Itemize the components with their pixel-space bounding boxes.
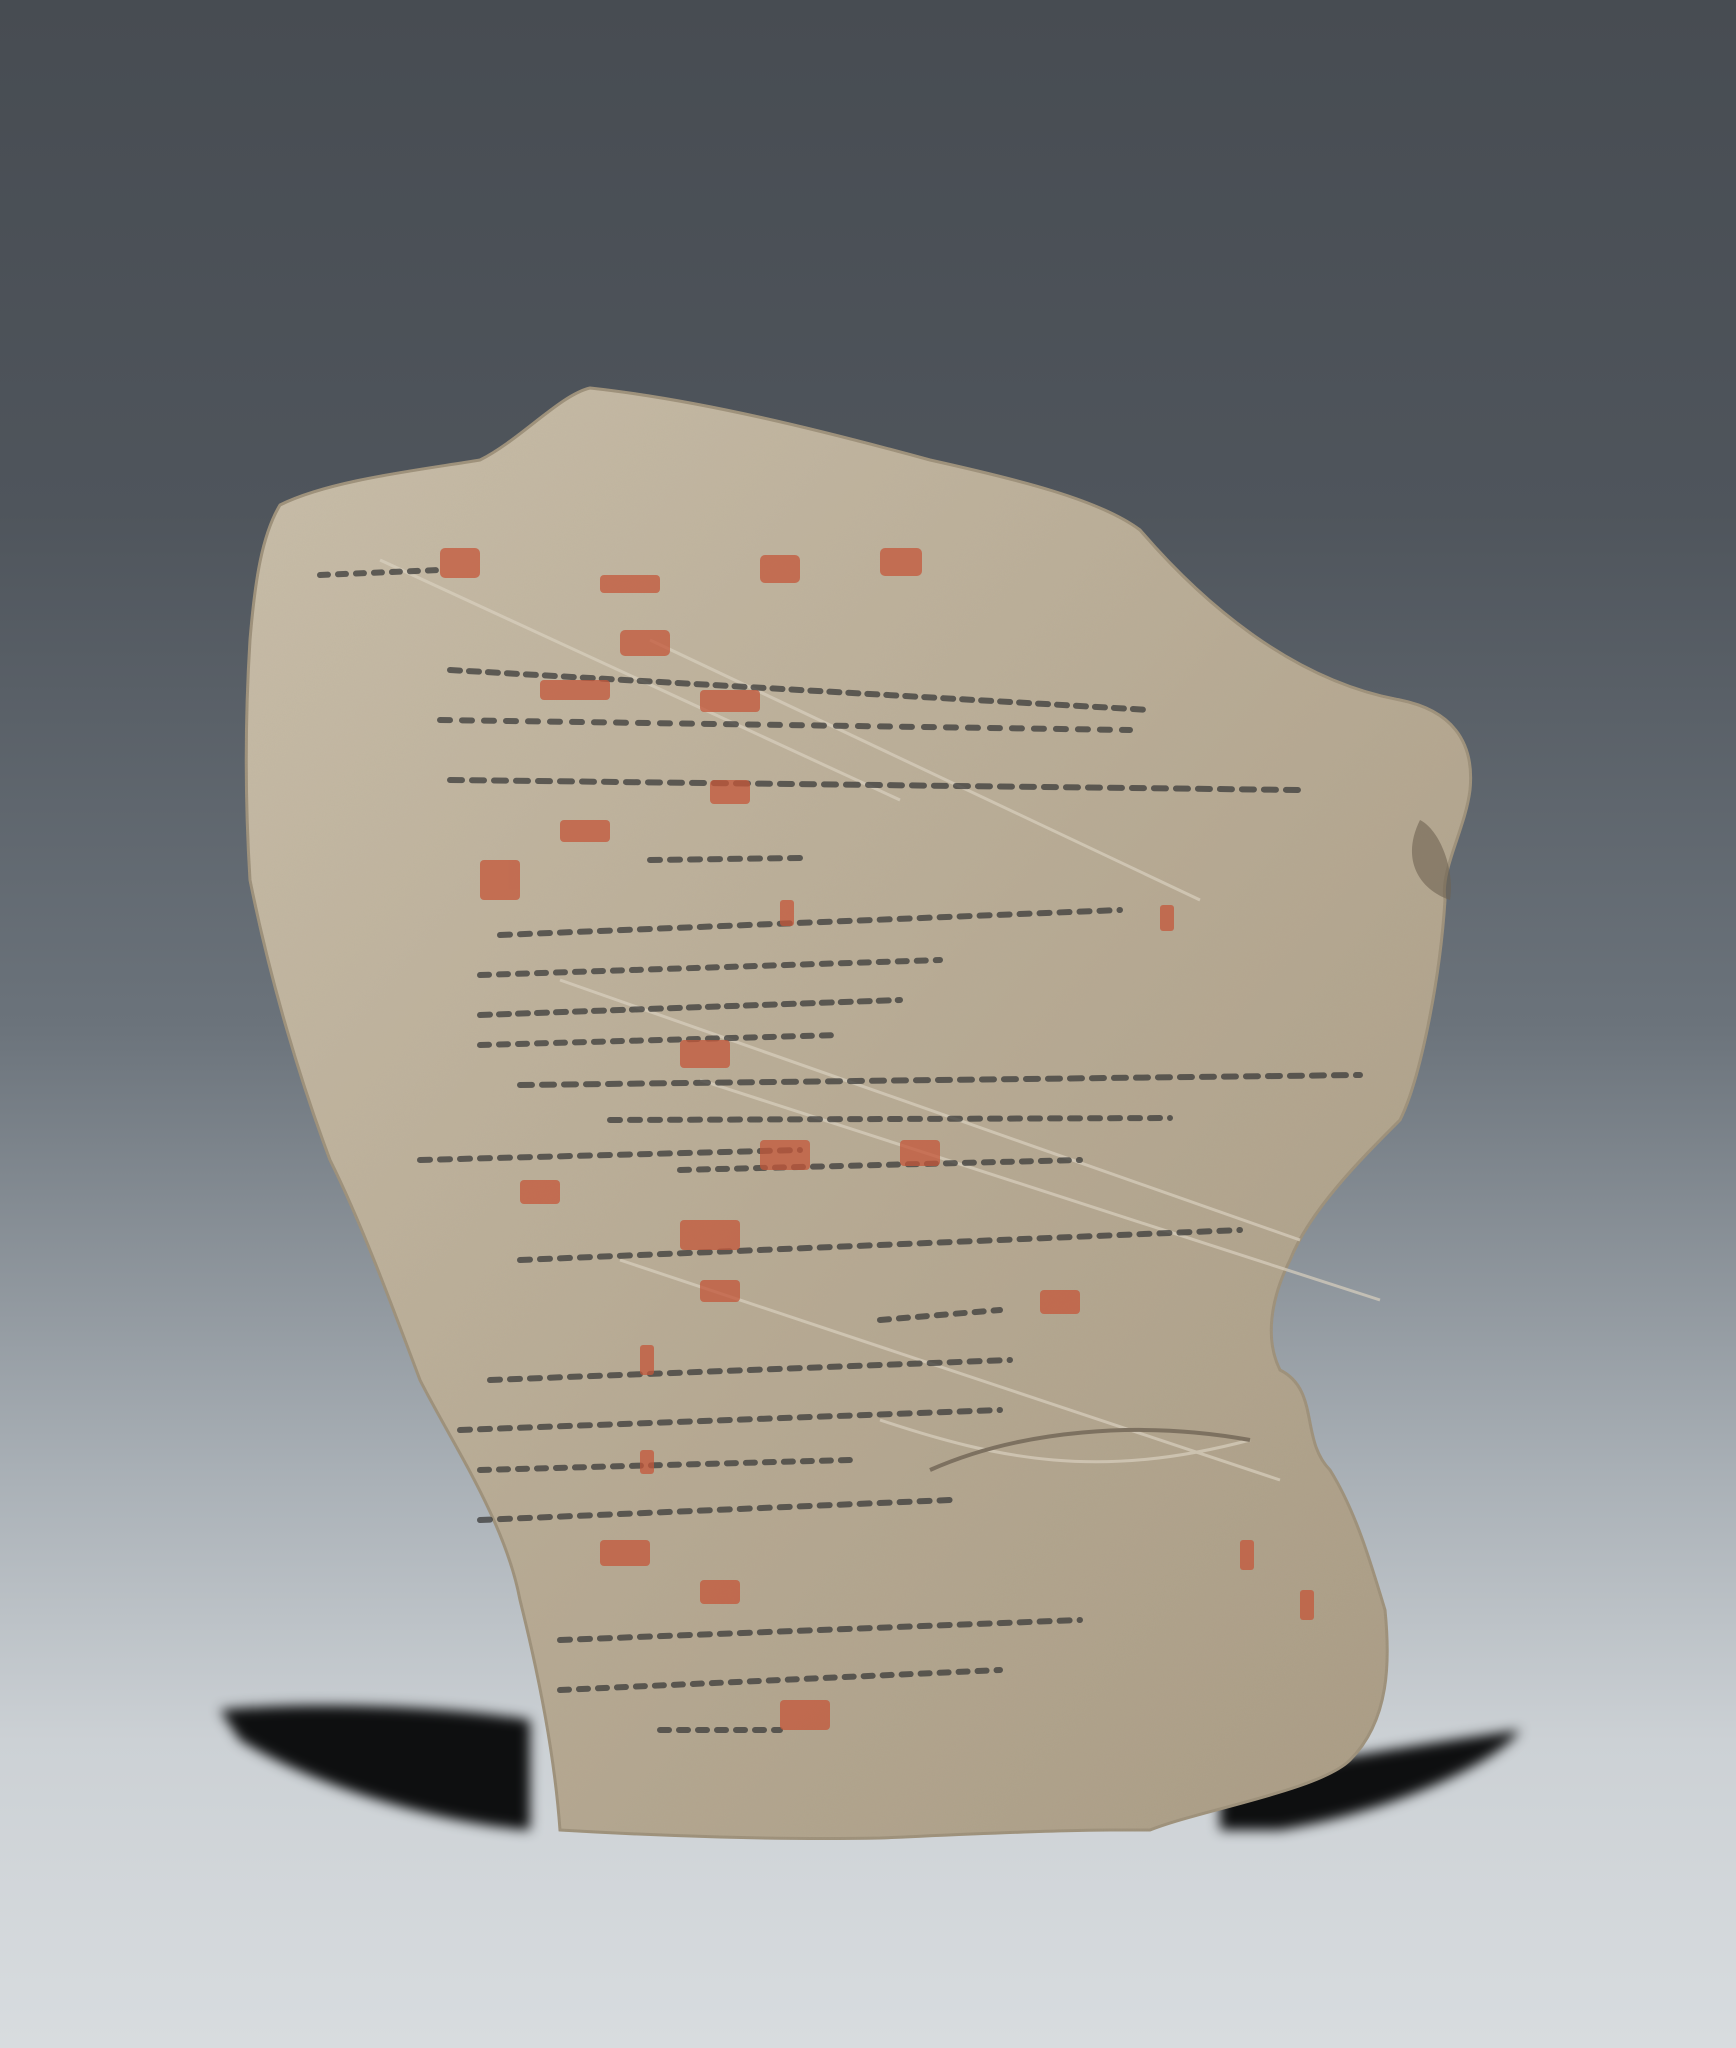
photo-scene	[0, 0, 1736, 2048]
ostracon	[0, 0, 1736, 2048]
